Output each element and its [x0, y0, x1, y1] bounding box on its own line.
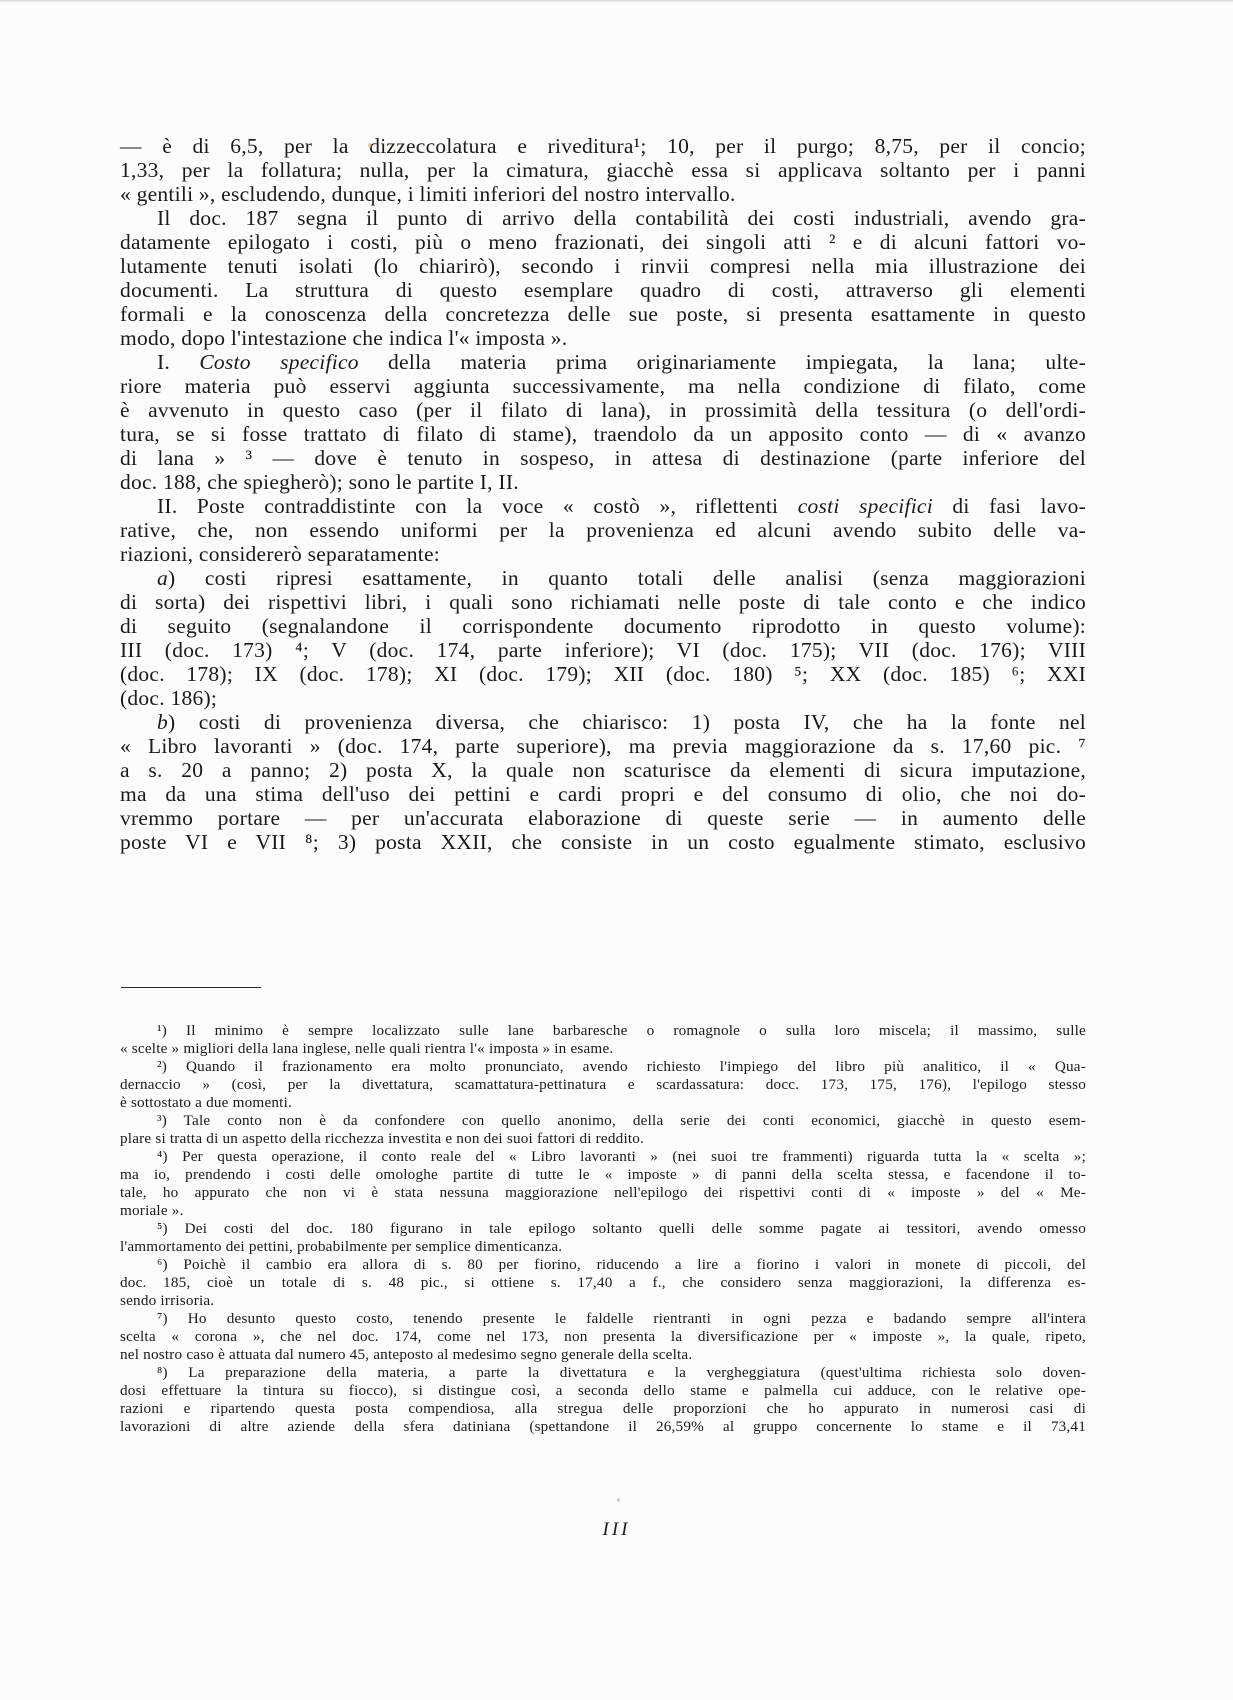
footnote-7: ⁷) Ho desunto questo costo, tenendo pres… — [120, 1310, 1086, 1328]
body-line: di sorta) dei rispettivi libri, i quali … — [120, 590, 1086, 614]
footnote-line: scelta « corona », che nel doc. 174, com… — [120, 1328, 1086, 1346]
body-line: « gentili », escludendo, dunque, i limit… — [120, 182, 1086, 206]
body-line: tura, se si fosse trattato di filato di … — [120, 422, 1086, 446]
body-line: III (doc. 173) ⁴; V (doc. 174, parte inf… — [120, 638, 1086, 662]
body-line: documenti. La struttura di questo esempl… — [120, 278, 1086, 302]
footnote-line: l'ammortamento dei pettini, probabilment… — [120, 1238, 1086, 1256]
item-letter: b — [157, 710, 168, 734]
body-line: modo, dopo l'intestazione che indica l'«… — [120, 326, 1086, 350]
body-line: vremmo portare — per un'accurata elabora… — [120, 806, 1086, 830]
body-line: formali e la conoscenza della concretezz… — [120, 302, 1086, 326]
page-top-edge — [0, 0, 1233, 3]
footnote-1: ¹) Il minimo è sempre localizzato sulle … — [120, 1022, 1086, 1040]
footnote-line: ma io, prendendo i costi delle omologhe … — [120, 1166, 1086, 1184]
body-line: è avvenuto in questo caso (per il filato… — [120, 398, 1086, 422]
body-line: di seguito (segnalandone il corrisponden… — [120, 614, 1086, 638]
footnote-6: ⁶) Poichè il cambio era allora di s. 80 … — [120, 1256, 1086, 1274]
footnote-4: ⁴) Per questa operazione, il conto reale… — [120, 1148, 1086, 1166]
footnote-3: ³) Tale conto non è da confondere con qu… — [120, 1112, 1086, 1130]
footnote-separator — [121, 987, 261, 988]
body-line: riazioni, considererò separatamente: — [120, 542, 1086, 566]
paper-speck — [617, 1498, 620, 1502]
paper-speck — [368, 143, 372, 148]
footnote-line: doc. 185, cioè un totale di s. 48 pic., … — [120, 1274, 1086, 1292]
footnote-line: razioni e ripartendo questa posta compen… — [120, 1400, 1086, 1418]
italic-term: Costo specifico — [199, 350, 358, 374]
item-a-line: a) costi ripresi esattamente, in quanto … — [120, 566, 1086, 590]
footnote-line: lavorazioni di altre aziende della sfera… — [120, 1418, 1086, 1436]
page-number: III — [0, 1519, 1233, 1541]
body-line: datamente epilogato i costi, più o meno … — [120, 230, 1086, 254]
item-b-line: b) costi di provenienza diversa, che chi… — [120, 710, 1086, 734]
body-line: — è di 6,5, per la dizzeccolatura e rive… — [120, 134, 1086, 158]
body-line: poste VI e VII ⁸; 3) posta XXII, che con… — [120, 830, 1086, 854]
body-line: 1,33, per la follatura; nulla, per la ci… — [120, 158, 1086, 182]
footnote-line: moriale ». — [120, 1202, 1086, 1220]
item-letter: a — [157, 566, 168, 590]
footnote-line: dernaccio » (così, per la divettatura, s… — [120, 1076, 1086, 1094]
italic-term: costi specifici — [798, 494, 933, 518]
footnote-line: è sottostato a due momenti. — [120, 1094, 1086, 1112]
body-line: a s. 20 a panno; 2) posta X, la quale no… — [120, 758, 1086, 782]
footnote-line: dosi effettuare la tintura su fiocco), s… — [120, 1382, 1086, 1400]
body-line: « Libro lavoranti » (doc. 174, parte sup… — [120, 734, 1086, 758]
footnote-8: ⁸) La preparazione della materia, a part… — [120, 1364, 1086, 1382]
footnote-line: plare si tratta di un aspetto della ricc… — [120, 1130, 1086, 1148]
body-line: rative, che, non essendo uniformi per la… — [120, 518, 1086, 542]
body-line: ma da una stima dell'uso dei pettini e c… — [120, 782, 1086, 806]
body-line: di lana » ³ — dove è tenuto in sospeso, … — [120, 446, 1086, 470]
footnote-line: nel nostro caso è attuata dal numero 45,… — [120, 1346, 1086, 1364]
footnote-line: tale, ho appurato che non vi è stata nes… — [120, 1184, 1086, 1202]
footnote-5: ⁵) Dei costi del doc. 180 figurano in ta… — [120, 1220, 1086, 1238]
paragraph-start-line: Il doc. 187 segna il punto di arrivo del… — [120, 206, 1086, 230]
section-ii-heading-line: II. Poste contraddistinte con la voce « … — [120, 494, 1086, 518]
body-line: lutamente tenuti isolati (lo chiarirò), … — [120, 254, 1086, 278]
body-line: doc. 188, che spiegherò); sono le partit… — [120, 470, 1086, 494]
footnote-2: ²) Quando il frazionamento era molto pro… — [120, 1058, 1086, 1076]
body-line: (doc. 178); IX (doc. 178); XI (doc. 179)… — [120, 662, 1086, 686]
body-line: (doc. 186); — [120, 686, 1086, 710]
footnote-line: « scelte » migliori della lana inglese, … — [120, 1040, 1086, 1058]
footnote-line: sendo irrisoria. — [120, 1292, 1086, 1310]
body-line: riore materia può esservi aggiunta succe… — [120, 374, 1086, 398]
section-i-heading-line: I. Costo specifico della materia prima o… — [120, 350, 1086, 374]
